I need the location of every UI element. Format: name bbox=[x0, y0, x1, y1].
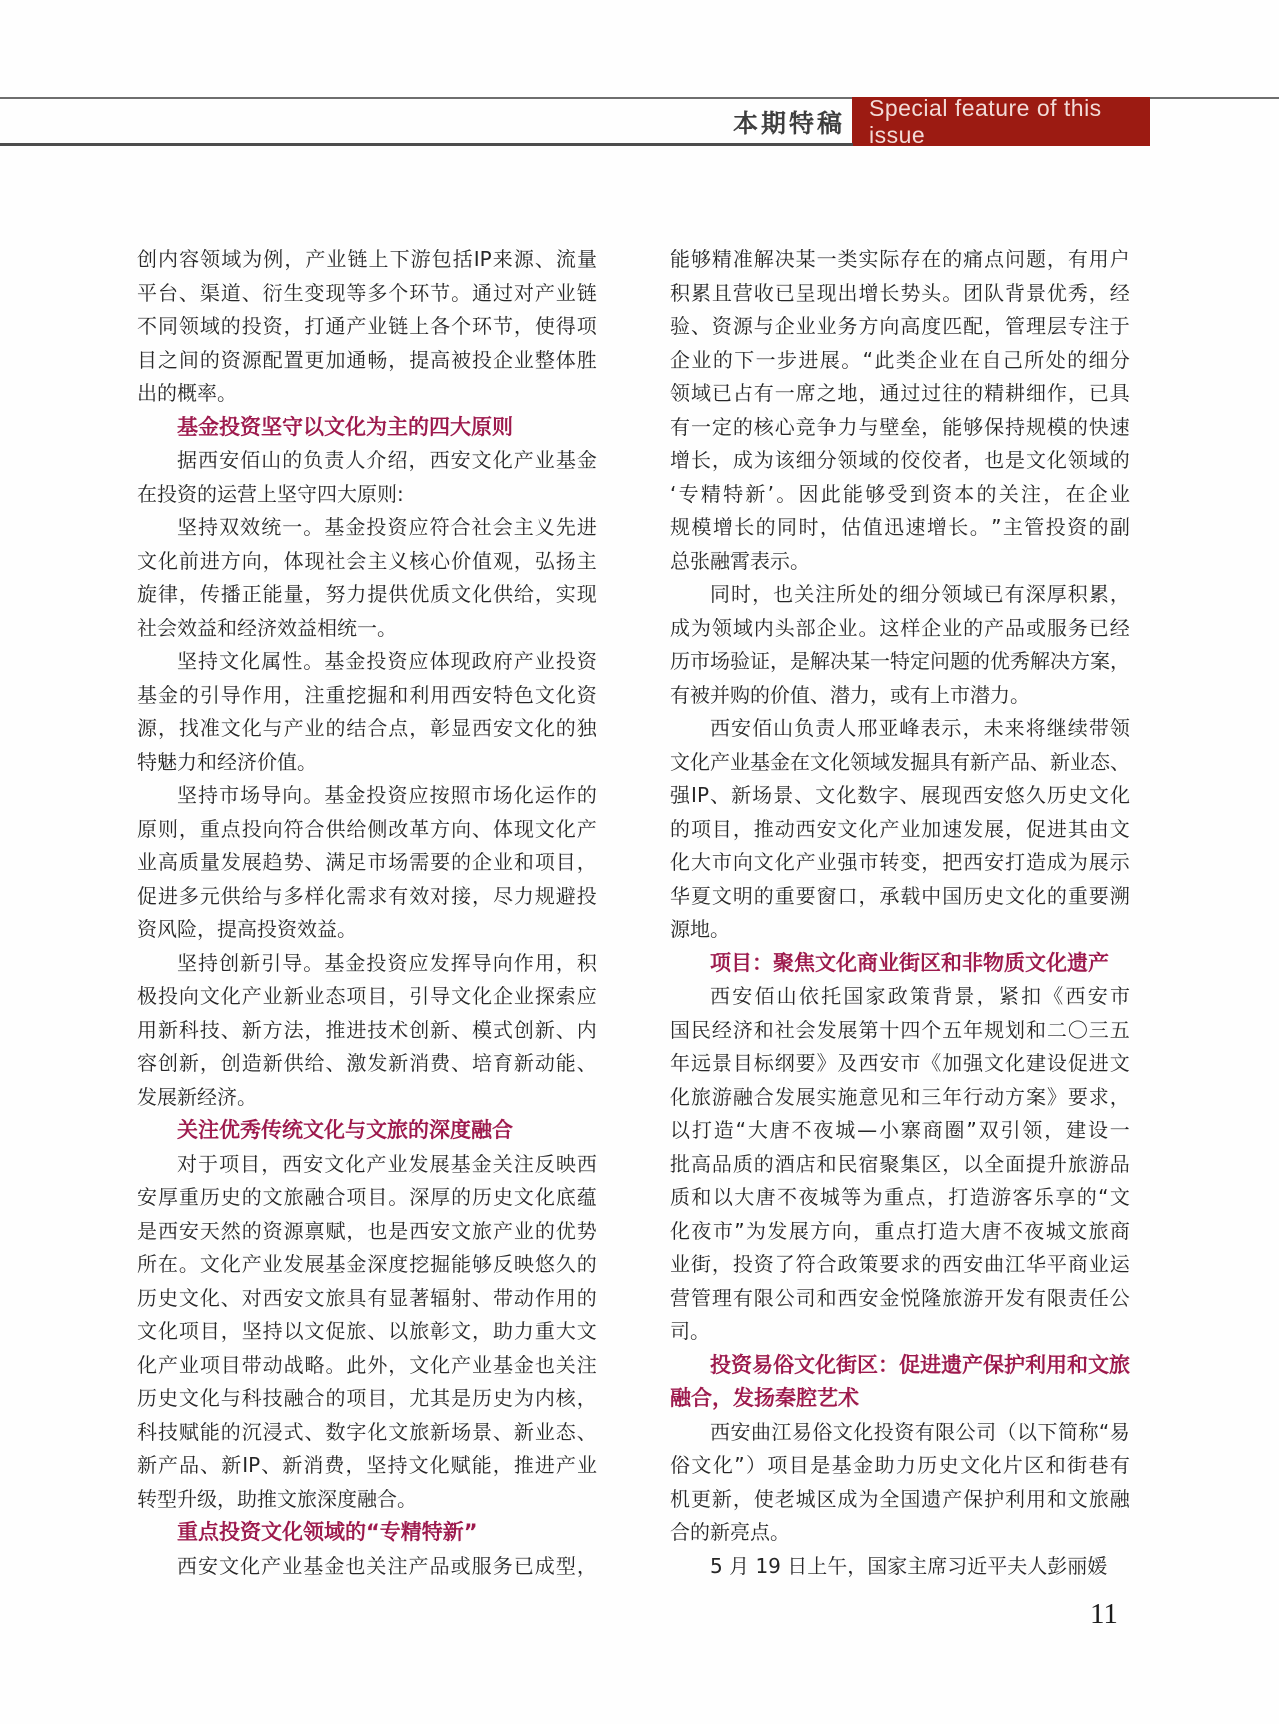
body-text-line: 西安曲江易俗文化投资有限公司（以下简称“易 bbox=[670, 1416, 1130, 1450]
body-text-line: 促进多元供给与多样化需求有效对接，尽力规避投 bbox=[137, 880, 597, 914]
section-heading-line: 融合，发扬秦腔艺术 bbox=[670, 1382, 1130, 1416]
body-text-line: 用新科技、新方法，推进技术创新、模式创新、内 bbox=[137, 1014, 597, 1048]
section-heading-line: 关注优秀传统文化与文旅的深度融合 bbox=[137, 1114, 597, 1148]
body-text-line: ‘专精特新’。因此能够受到资本的关注，在企业 bbox=[670, 478, 1130, 512]
body-text-line: 坚持创新引导。基金投资应发挥导向作用，积 bbox=[137, 947, 597, 981]
body-text-line: 领域已占有一席之地，通过过往的精耕细作，已具 bbox=[670, 377, 1130, 411]
body-text-line: 不同领域的投资，打通产业链上各个环节，使得项 bbox=[137, 310, 597, 344]
body-text-line: 历市场验证，是解决某一特定问题的优秀解决方案， bbox=[670, 645, 1130, 679]
body-text-line: 历史文化、对西安文旅具有显著辐射、带动作用的 bbox=[137, 1282, 597, 1316]
left-column: 创内容领域为例，产业链上下游包括IP来源、流量平台、渠道、衍生变现等多个环节。通… bbox=[137, 243, 597, 1583]
body-text-line: 合的新亮点。 bbox=[670, 1516, 1130, 1550]
body-text-line: 西安佰山依托国家政策背景，紧扣《西安市 bbox=[670, 980, 1130, 1014]
body-text-line: 是西安天然的资源禀赋，也是西安文旅产业的优势 bbox=[137, 1215, 597, 1249]
body-text-line: 化产业项目带动战略。此外，文化产业基金也关注 bbox=[137, 1349, 597, 1383]
feature-banner-label: Special feature of this issue bbox=[852, 95, 1150, 149]
feature-banner: Special feature of this issue bbox=[852, 97, 1150, 146]
body-text-line: 创内容领域为例，产业链上下游包括IP来源、流量 bbox=[137, 243, 597, 277]
body-text-line: 成为领域内头部企业。这样企业的产品或服务已经 bbox=[670, 612, 1130, 646]
body-text-line: 原则，重点投向符合供给侧改革方向、体现文化产 bbox=[137, 813, 597, 847]
body-text-line: 源，找准文化与产业的结合点，彰显西安文化的独 bbox=[137, 712, 597, 746]
body-text-line: 发展新经济。 bbox=[137, 1081, 597, 1115]
body-text-line: 以打造“大唐不夜城—小寨商圈”双引领，建设一 bbox=[670, 1114, 1130, 1148]
body-text-line: 对于项目，西安文化产业发展基金关注反映西 bbox=[137, 1148, 597, 1182]
body-text-line: 据西安佰山的负责人介绍，西安文化产业基金 bbox=[137, 444, 597, 478]
body-text-line: 规模增长的同时，估值迅速增长。”主管投资的副 bbox=[670, 511, 1130, 545]
body-text-line: 基金的引导作用，注重挖掘和利用西安特色文化资 bbox=[137, 679, 597, 713]
body-text-line: 年远景目标纲要》及西安市《加强文化建设促进文 bbox=[670, 1047, 1130, 1081]
body-text-line: 业高质量发展趋势、满足市场需要的企业和项目， bbox=[137, 846, 597, 880]
body-text-line: 社会效益和经济效益相统一。 bbox=[137, 612, 597, 646]
body-text-line: 企业的下一步进展。“此类企业在自己所处的细分 bbox=[670, 344, 1130, 378]
body-text-line: 营管理有限公司和西安金悦隆旅游开发有限责任公 bbox=[670, 1282, 1130, 1316]
body-text-line: 坚持文化属性。基金投资应体现政府产业投资 bbox=[137, 645, 597, 679]
section-heading-line: 投资易俗文化街区：促进遗产保护利用和文旅 bbox=[670, 1349, 1130, 1383]
body-text-line: 有一定的核心竞争力与壁垒，能够保持规模的快速 bbox=[670, 411, 1130, 445]
body-text-line: 有被并购的价值、潜力，或有上市潜力。 bbox=[670, 679, 1130, 713]
body-text-line: 总张融霄表示。 bbox=[670, 545, 1130, 579]
page-number: 11 bbox=[1090, 1598, 1118, 1631]
body-text-line: 旋律，传播正能量，努力提供优质文化供给，实现 bbox=[137, 578, 597, 612]
body-text-line: 化旅游融合发展实施意见和三年行动方案》要求， bbox=[670, 1081, 1130, 1115]
body-text-line: 源地。 bbox=[670, 913, 1130, 947]
body-text-line: 安厚重历史的文旅融合项目。深厚的历史文化底蕴 bbox=[137, 1181, 597, 1215]
body-text-line: 司。 bbox=[670, 1315, 1130, 1349]
section-heading-line: 项目：聚焦文化商业街区和非物质文化遗产 bbox=[670, 947, 1130, 981]
body-text-line: 同时，也关注所处的细分领域已有深厚积累， bbox=[670, 578, 1130, 612]
body-text-line: 资风险，提高投资效益。 bbox=[137, 913, 597, 947]
section-heading-line: 重点投资文化领域的“专精特新” bbox=[137, 1516, 597, 1550]
body-text-line: 批高品质的酒店和民宿聚集区，以全面提升旅游品 bbox=[670, 1148, 1130, 1182]
right-column: 能够精准解决某一类实际存在的痛点问题，有用户积累且营收已呈现出增长势头。团队背景… bbox=[670, 243, 1130, 1583]
feature-label-cn: 本期特稿 bbox=[733, 104, 845, 140]
body-text-line: 文化产业基金在文化领域发掘具有新产品、新业态、 bbox=[670, 746, 1130, 780]
body-text-line: 新产品、新IP、新消费，坚持文化赋能，推进产业 bbox=[137, 1449, 597, 1483]
body-text-line: 能够精准解决某一类实际存在的痛点问题，有用户 bbox=[670, 243, 1130, 277]
body-text-line: 化夜市”为发展方向，重点打造大唐不夜城文旅商 bbox=[670, 1215, 1130, 1249]
body-text-line: 文化前进方向，体现社会主义核心价值观，弘扬主 bbox=[137, 545, 597, 579]
body-text-line: 容创新，创造新供给、激发新消费、培育新动能、 bbox=[137, 1047, 597, 1081]
body-text-line: 强IP、新场景、文化数字、展现西安悠久历史文化 bbox=[670, 779, 1130, 813]
body-text-line: 极投向文化产业新业态项目，引导文化企业探索应 bbox=[137, 980, 597, 1014]
body-text-line: 西安文化产业基金也关注产品或服务已成型， bbox=[137, 1550, 597, 1584]
body-text-line: 5 月 19 日上午，国家主席习近平夫人彭丽媛 bbox=[670, 1550, 1130, 1584]
body-text-line: 业街，投资了符合政策要求的西安曲江华平商业运 bbox=[670, 1248, 1130, 1282]
body-text-line: 增长，成为该细分领域的佼佼者，也是文化领域的 bbox=[670, 444, 1130, 478]
section-heading-line: 基金投资坚守以文化为主的四大原则 bbox=[137, 411, 597, 445]
body-text-line: 华夏文明的重要窗口，承载中国历史文化的重要溯 bbox=[670, 880, 1130, 914]
body-text-line: 历史文化与科技融合的项目，尤其是历史为内核， bbox=[137, 1382, 597, 1416]
body-text-line: 坚持双效统一。基金投资应符合社会主义先进 bbox=[137, 511, 597, 545]
body-text-line: 机更新，使老城区成为全国遗产保护利用和文旅融 bbox=[670, 1483, 1130, 1517]
body-text-line: 出的概率。 bbox=[137, 377, 597, 411]
body-text-line: 坚持市场导向。基金投资应按照市场化运作的 bbox=[137, 779, 597, 813]
body-text-line: 验、资源与企业业务方向高度匹配，管理层专注于 bbox=[670, 310, 1130, 344]
body-text-line: 积累且营收已呈现出增长势头。团队背景优秀，经 bbox=[670, 277, 1130, 311]
body-text-line: 科技赋能的沉浸式、数字化文旅新场景、新业态、 bbox=[137, 1416, 597, 1450]
body-text-line: 平台、渠道、衍生变现等多个环节。通过对产业链 bbox=[137, 277, 597, 311]
body-text-line: 质和以大唐不夜城等为重点，打造游客乐享的“文 bbox=[670, 1181, 1130, 1215]
magazine-page: 本期特稿 Special feature of this issue 创内容领域… bbox=[0, 0, 1279, 1724]
header-rule-bottom bbox=[0, 143, 853, 146]
body-text-line: 国民经济和社会发展第十四个五年规划和二〇三五 bbox=[670, 1014, 1130, 1048]
body-text-line: 所在。文化产业发展基金深度挖掘能够反映悠久的 bbox=[137, 1248, 597, 1282]
body-text-line: 目之间的资源配置更加通畅，提高被投企业整体胜 bbox=[137, 344, 597, 378]
body-text-line: 在投资的运营上坚守四大原则: bbox=[137, 478, 597, 512]
body-text-line: 化大市向文化产业强市转变，把西安打造成为展示 bbox=[670, 846, 1130, 880]
body-text-line: 文化项目，坚持以文促旅、以旅彰文，助力重大文 bbox=[137, 1315, 597, 1349]
body-text-line: 的项目，推动西安文化产业加速发展，促进其由文 bbox=[670, 813, 1130, 847]
body-text-line: 转型升级，助推文旅深度融合。 bbox=[137, 1483, 597, 1517]
body-text-line: 特魅力和经济价值。 bbox=[137, 746, 597, 780]
body-text-line: 西安佰山负责人邢亚峰表示，未来将继续带领 bbox=[670, 712, 1130, 746]
body-text-line: 俗文化”）项目是基金助力历史文化片区和街巷有 bbox=[670, 1449, 1130, 1483]
